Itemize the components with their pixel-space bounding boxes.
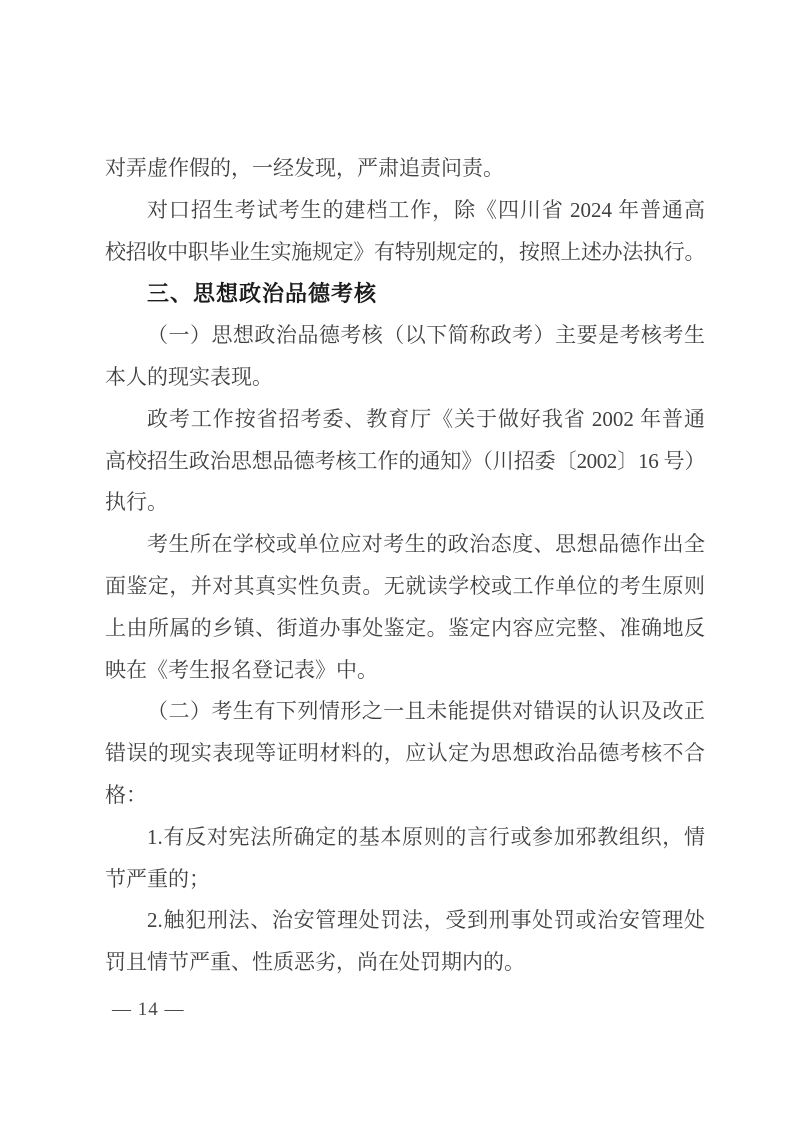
text-line: 高校招生政治思想品德考核工作的通知》（川招委〔2002〕16 号） bbox=[105, 441, 705, 483]
text-line: 罚且情节严重、性质恶劣，尚在处罚期内的。 bbox=[105, 942, 705, 984]
text-line: 上由所属的乡镇、街道办事处鉴定。鉴定内容应完整、准确地反 bbox=[105, 608, 705, 650]
text-line: 政考工作按省招考委、教育厅《关于做好我省 2002 年普通 bbox=[105, 399, 705, 441]
text-line: 本人的现实表现。 bbox=[105, 357, 705, 399]
section-heading: 三、思想政治品德考核 bbox=[105, 273, 705, 315]
text-line: 校招收中职毕业生实施规定》有特别规定的，按照上述办法执行。 bbox=[105, 232, 705, 274]
text-line: （一）思想政治品德考核（以下简称政考）主要是考核考生 bbox=[105, 315, 705, 357]
text-line: 映在《考生报名登记表》中。 bbox=[105, 650, 705, 692]
text-line: 节严重的； bbox=[105, 859, 705, 901]
text-line: 1.有反对宪法所确定的基本原则的言行或参加邪教组织，情 bbox=[105, 817, 705, 859]
text-line: 对口招生考试考生的建档工作，除《四川省 2024 年普通高 bbox=[105, 190, 705, 232]
document-body: 对弄虚作假的，一经发现，严肃追责问责。 对口招生考试考生的建档工作，除《四川省 … bbox=[105, 148, 705, 984]
text-line: 考生所在学校或单位应对考生的政治态度、思想品德作出全 bbox=[105, 524, 705, 566]
text-line: 执行。 bbox=[105, 482, 705, 524]
text-line: 2.触犯刑法、治安管理处罚法，受到刑事处罚或治安管理处 bbox=[105, 900, 705, 942]
text-line: 格： bbox=[105, 775, 705, 817]
text-line: 对弄虚作假的，一经发现，严肃追责问责。 bbox=[105, 148, 705, 190]
text-line: 错误的现实表现等证明材料的，应认定为思想政治品德考核不合 bbox=[105, 733, 705, 775]
page-number: — 14 — bbox=[112, 996, 185, 1024]
document-page: 对弄虚作假的，一经发现，严肃追责问责。 对口招生考试考生的建档工作，除《四川省 … bbox=[0, 0, 794, 1123]
text-line: （二）考生有下列情形之一且未能提供对错误的认识及改正 bbox=[105, 691, 705, 733]
text-line: 面鉴定，并对其真实性负责。无就读学校或工作单位的考生原则 bbox=[105, 566, 705, 608]
